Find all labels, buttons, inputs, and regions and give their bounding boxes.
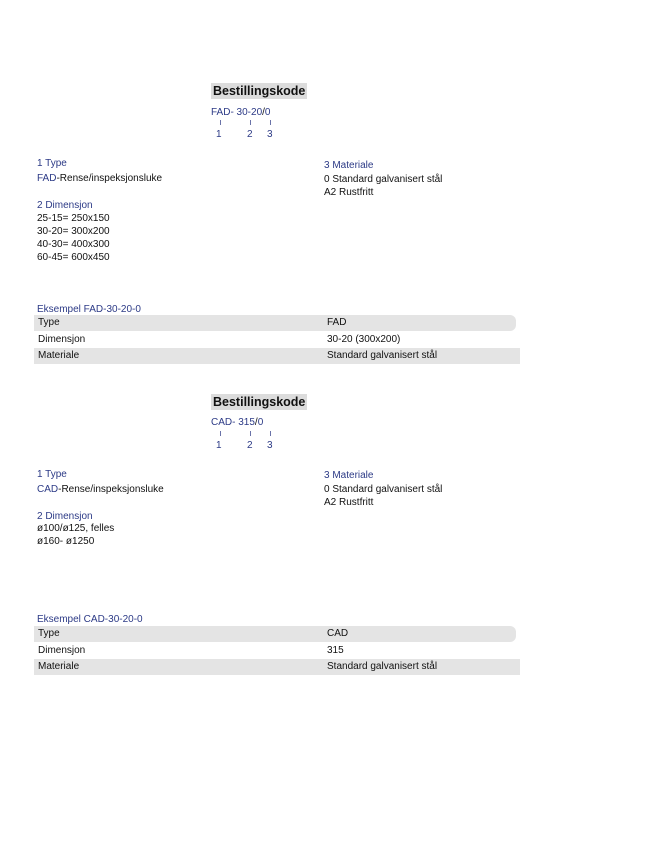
row-key: Materiale (38, 348, 79, 364)
position-tick (250, 431, 251, 436)
section-heading: Bestillingskode (211, 83, 307, 99)
row-key: Materiale (38, 659, 79, 675)
position-number: 2 (247, 440, 253, 451)
dimension-item: 60-45= 600x450 (37, 252, 110, 263)
material-item: A2 Rustfritt (324, 187, 373, 198)
order-code: FAD- 30-20/0 (211, 107, 270, 118)
table-row: Dimensjon 30-20 (300x200) (34, 332, 520, 348)
row-value: Standard galvanisert stål (327, 348, 437, 364)
dimension-label: 2 Dimensjon (37, 200, 93, 211)
material-label: 3 Materiale (324, 160, 373, 171)
position-number: 2 (247, 129, 253, 140)
material-label: 3 Materiale (324, 470, 373, 481)
row-value: 30-20 (300x200) (327, 332, 400, 348)
example-title: Eksempel CAD-30-20-0 (37, 614, 143, 625)
code-part-dimension: 315 (235, 417, 254, 428)
type-label: 1 Type (37, 158, 67, 169)
material-item: A2 Rustfritt (324, 497, 373, 508)
material-item: 0 Standard galvanisert stål (324, 484, 442, 495)
table-row: Materiale Standard galvanisert stål (34, 348, 520, 364)
type-value: CAD-Rense/inspeksjonsluke (37, 484, 164, 495)
position-tick (250, 120, 251, 125)
dimension-label: 2 Dimensjon (37, 511, 93, 522)
table-row: Materiale Standard galvanisert stål (34, 659, 520, 675)
position-number: 3 (267, 129, 273, 140)
type-prefix: CAD (37, 484, 58, 495)
row-value: CAD (327, 626, 348, 642)
type-value: FAD-Rense/inspeksjonsluke (37, 173, 162, 184)
code-part-material: 0 (258, 417, 264, 428)
code-part-material: 0 (265, 107, 271, 118)
material-item: 0 Standard galvanisert stål (324, 174, 442, 185)
section-heading: Bestillingskode (211, 394, 307, 410)
position-number: 3 (267, 440, 273, 451)
dimension-item: ø100/ø125, felles (37, 523, 114, 534)
row-key: Type (38, 626, 60, 642)
type-prefix: FAD (37, 173, 56, 184)
dimension-item: 30-20= 300x200 (37, 226, 110, 237)
code-part-dimension: 30-20 (234, 107, 262, 118)
position-number: 1 (216, 440, 222, 451)
row-key: Type (38, 315, 60, 331)
code-part-type: FAD- (211, 107, 234, 118)
dimension-item: ø160- ø1250 (37, 536, 94, 547)
dimension-item: 40-30= 400x300 (37, 239, 110, 250)
order-code: CAD- 315/0 (211, 417, 263, 428)
row-value: 315 (327, 643, 344, 659)
position-tick (270, 431, 271, 436)
position-number: 1 (216, 129, 222, 140)
dimension-item: 25-15= 250x150 (37, 213, 110, 224)
row-key: Dimensjon (38, 643, 85, 659)
table-row: Dimensjon 315 (34, 643, 520, 659)
row-value: Standard galvanisert stål (327, 659, 437, 675)
position-tick (270, 120, 271, 125)
type-text: -Rense/inspeksjonsluke (56, 173, 162, 184)
code-part-type: CAD- (211, 417, 235, 428)
row-value: FAD (327, 315, 346, 331)
table-row: Type CAD (34, 626, 516, 642)
type-label: 1 Type (37, 469, 67, 480)
table-row: Type FAD (34, 315, 516, 331)
example-title: Eksempel FAD-30-20-0 (37, 304, 141, 315)
position-tick (220, 431, 221, 436)
position-tick (220, 120, 221, 125)
row-key: Dimensjon (38, 332, 85, 348)
type-text: -Rense/inspeksjonsluke (58, 484, 164, 495)
